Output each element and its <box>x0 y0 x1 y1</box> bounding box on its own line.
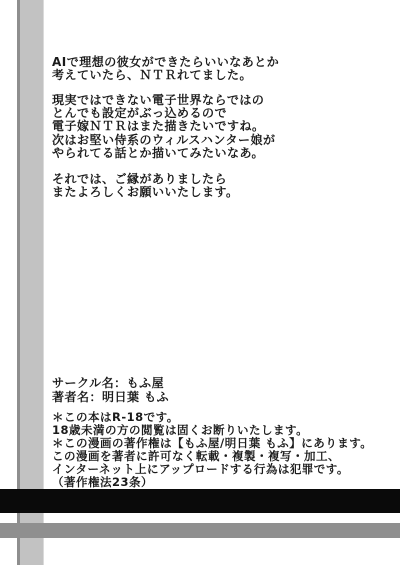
afterword-page: AIで理想の彼女ができたらいいなあとか 考えていたら、ＮＴＲれてました。 現実で… <box>0 0 400 568</box>
afterword-line: またよろしくお願いいたします。 <box>52 186 239 199</box>
afterword-paragraph-3: それでは、ご縁がありましたら またよろしくお願いいたします。 <box>52 173 239 199</box>
left-binding-strip <box>17 0 44 565</box>
afterword-paragraph-1: AIで理想の彼女ができたらいいなあとか 考えていたら、ＮＴＲれてました。 <box>52 56 279 82</box>
copyright-notice: ＊この本はR-18です。 18歳未満の方の閲覧は固くお断りいたします。 ＊この漫… <box>52 411 372 489</box>
credits-block: サークル名：もふ屋 著者名：明日葉 もふ <box>52 377 169 404</box>
circle-name: サークル名：もふ屋 <box>52 377 169 391</box>
afterword-paragraph-2: 現実ではできない電子世界ならではの とんでも設定がぶっ込めるので 電子嫁ＮＴＲは… <box>52 94 275 160</box>
author-name: 著者名：明日葉 もふ <box>52 391 169 405</box>
grey-divider-bar <box>0 523 400 538</box>
afterword-line: やられてる話とか描いてみたいなあ。 <box>52 147 275 160</box>
afterword-line: 考えていたら、ＮＴＲれてました。 <box>52 69 279 82</box>
afterword-line: 次はお堅い侍系のウィルスハンター娘が <box>52 134 275 147</box>
afterword-line: 電子嫁ＮＴＲはまた描きたいですね。 <box>52 120 275 133</box>
notice-line: （著作権法23条） <box>52 476 372 489</box>
black-divider-bar <box>0 489 400 513</box>
